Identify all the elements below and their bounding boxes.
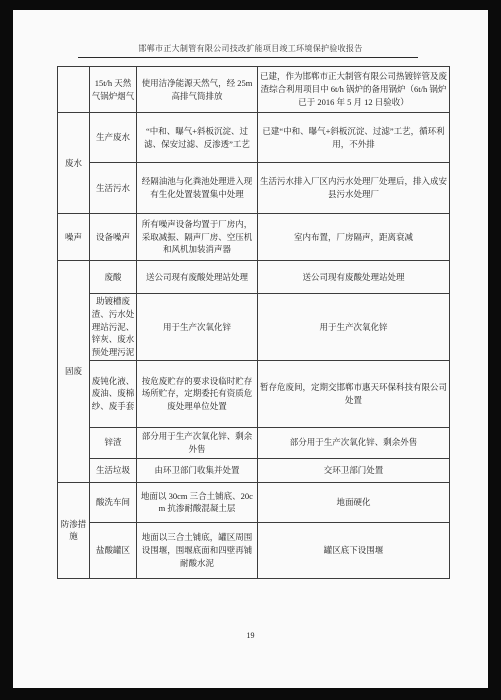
item-cell: 锌渣	[90, 427, 137, 458]
item-cell: 废钝化液、废油、废棉纱、废手套	[90, 360, 137, 427]
epa-requirement-cell: “中和、曝气+斜板沉淀、过滤、保安过滤、反渗透”工艺	[137, 113, 258, 163]
table-row: 废水 生产废水 “中和、曝气+斜板沉淀、过滤、保安过滤、反渗透”工艺 已建“中和…	[58, 113, 450, 163]
category-cell: 废水	[58, 113, 90, 214]
item-cell: 生活垃圾	[90, 458, 137, 482]
category-cell	[58, 67, 90, 113]
actual-construction-cell: 送公司现有废酸处理站处理	[258, 261, 450, 294]
item-cell: 15t/h 天然气锅炉烟气	[90, 67, 137, 113]
category-cell: 固废	[58, 261, 90, 483]
table-row: 生活污水 经隔油池与化粪池处理进入现有生化处置装置集中处理 生活污水排入厂区内污…	[58, 163, 450, 214]
item-cell: 设备噪声	[90, 214, 137, 261]
actual-construction-cell: 已建，作为邯郸市正大制管有限公司热镀锌管及废渣综合利用项目中 6t/h 锅炉的备…	[258, 67, 450, 113]
actual-construction-cell: 已建“中和、曝气+斜板沉淀、过滤”工艺，循环利用，不外排	[258, 113, 450, 163]
table-row: 噪声 设备噪声 所有噪声设备均置于厂房内，采取减振、隔声厂房、空压机和风机加装消…	[58, 214, 450, 261]
epa-requirement-cell: 经隔油池与化粪池处理进入现有生化处置装置集中处理	[137, 163, 258, 214]
page-number: 19	[13, 631, 488, 640]
table-row: 生活垃圾 由环卫部门收集并处置 交环卫部门处置	[58, 458, 450, 482]
actual-construction-cell: 罐区底下设围堰	[258, 522, 450, 578]
category-cell: 噪声	[58, 214, 90, 261]
actual-construction-cell: 部分用于生产次氧化锌、剩余外售	[258, 427, 450, 458]
item-cell: 盐酸罐区	[90, 522, 137, 578]
epa-requirement-cell: 用于生产次氧化锌	[137, 294, 258, 361]
epa-requirement-cell: 地面以三合土铺底，罐区周围设围堰，围堰底面和四壁再铺耐酸水泥	[137, 522, 258, 578]
table-row: 15t/h 天然气锅炉烟气 使用洁净能源天然气，经 25m 高排气筒排放 已建，…	[58, 67, 450, 113]
actual-construction-cell: 交环卫部门处置	[258, 458, 450, 482]
actual-construction-cell: 生活污水排入厂区内污水处理厂处理后，排入成安县污水处理厂	[258, 163, 450, 214]
table-row: 锌渣 部分用于生产次氧化锌、剩余外售 部分用于生产次氧化锌、剩余外售	[58, 427, 450, 458]
acceptance-table: 15t/h 天然气锅炉烟气 使用洁净能源天然气，经 25m 高排气筒排放 已建，…	[57, 66, 450, 579]
epa-requirement-cell: 按危废贮存的要求设临时贮存场所贮存，定期委托有资质危废处理单位处置	[137, 360, 258, 427]
actual-construction-cell: 地面硬化	[258, 482, 450, 522]
actual-construction-cell: 用于生产次氧化锌	[258, 294, 450, 361]
epa-requirement-cell: 由环卫部门收集并处置	[137, 458, 258, 482]
table-row: 助镀槽废渣、污水处理站污泥、锌灰、废水预处理污泥 用于生产次氧化锌 用于生产次氧…	[58, 294, 450, 361]
item-cell: 生产废水	[90, 113, 137, 163]
item-cell: 酸洗车间	[90, 482, 137, 522]
actual-construction-cell: 暂存危废间，定期交邯郸市惠天环保科技有限公司处置	[258, 360, 450, 427]
epa-requirement-cell: 使用洁净能源天然气，经 25m 高排气筒排放	[137, 67, 258, 113]
item-cell: 助镀槽废渣、污水处理站污泥、锌灰、废水预处理污泥	[90, 294, 137, 361]
epa-requirement-cell: 所有噪声设备均置于厂房内，采取减振、隔声厂房、空压机和风机加装消声器	[137, 214, 258, 261]
epa-requirement-cell: 送公司现有废酸处理站处理	[137, 261, 258, 294]
item-cell: 废酸	[90, 261, 137, 294]
header-divider	[78, 57, 418, 58]
table-row: 防渗措施 酸洗车间 地面以 30cm 三合土铺底、20cm 抗渗耐酸混凝土层 地…	[58, 482, 450, 522]
document-page: 邯郸市正大制管有限公司技改扩能项目竣工环境保护验收报告 15t/h 天然气锅炉烟…	[13, 10, 488, 688]
item-cell: 生活污水	[90, 163, 137, 214]
epa-requirement-cell: 部分用于生产次氧化锌、剩余外售	[137, 427, 258, 458]
epa-requirement-cell: 地面以 30cm 三合土铺底、20cm 抗渗耐酸混凝土层	[137, 482, 258, 522]
table-row: 废钝化液、废油、废棉纱、废手套 按危废贮存的要求设临时贮存场所贮存，定期委托有资…	[58, 360, 450, 427]
table-row: 盐酸罐区 地面以三合土铺底，罐区周围设围堰，围堰底面和四壁再铺耐酸水泥 罐区底下…	[58, 522, 450, 578]
table-row: 固废 废酸 送公司现有废酸处理站处理 送公司现有废酸处理站处理	[58, 261, 450, 294]
page-header-title: 邯郸市正大制管有限公司技改扩能项目竣工环境保护验收报告	[13, 43, 488, 54]
category-cell: 防渗措施	[58, 482, 90, 578]
actual-construction-cell: 室内布置，厂房隔声，距离衰减	[258, 214, 450, 261]
